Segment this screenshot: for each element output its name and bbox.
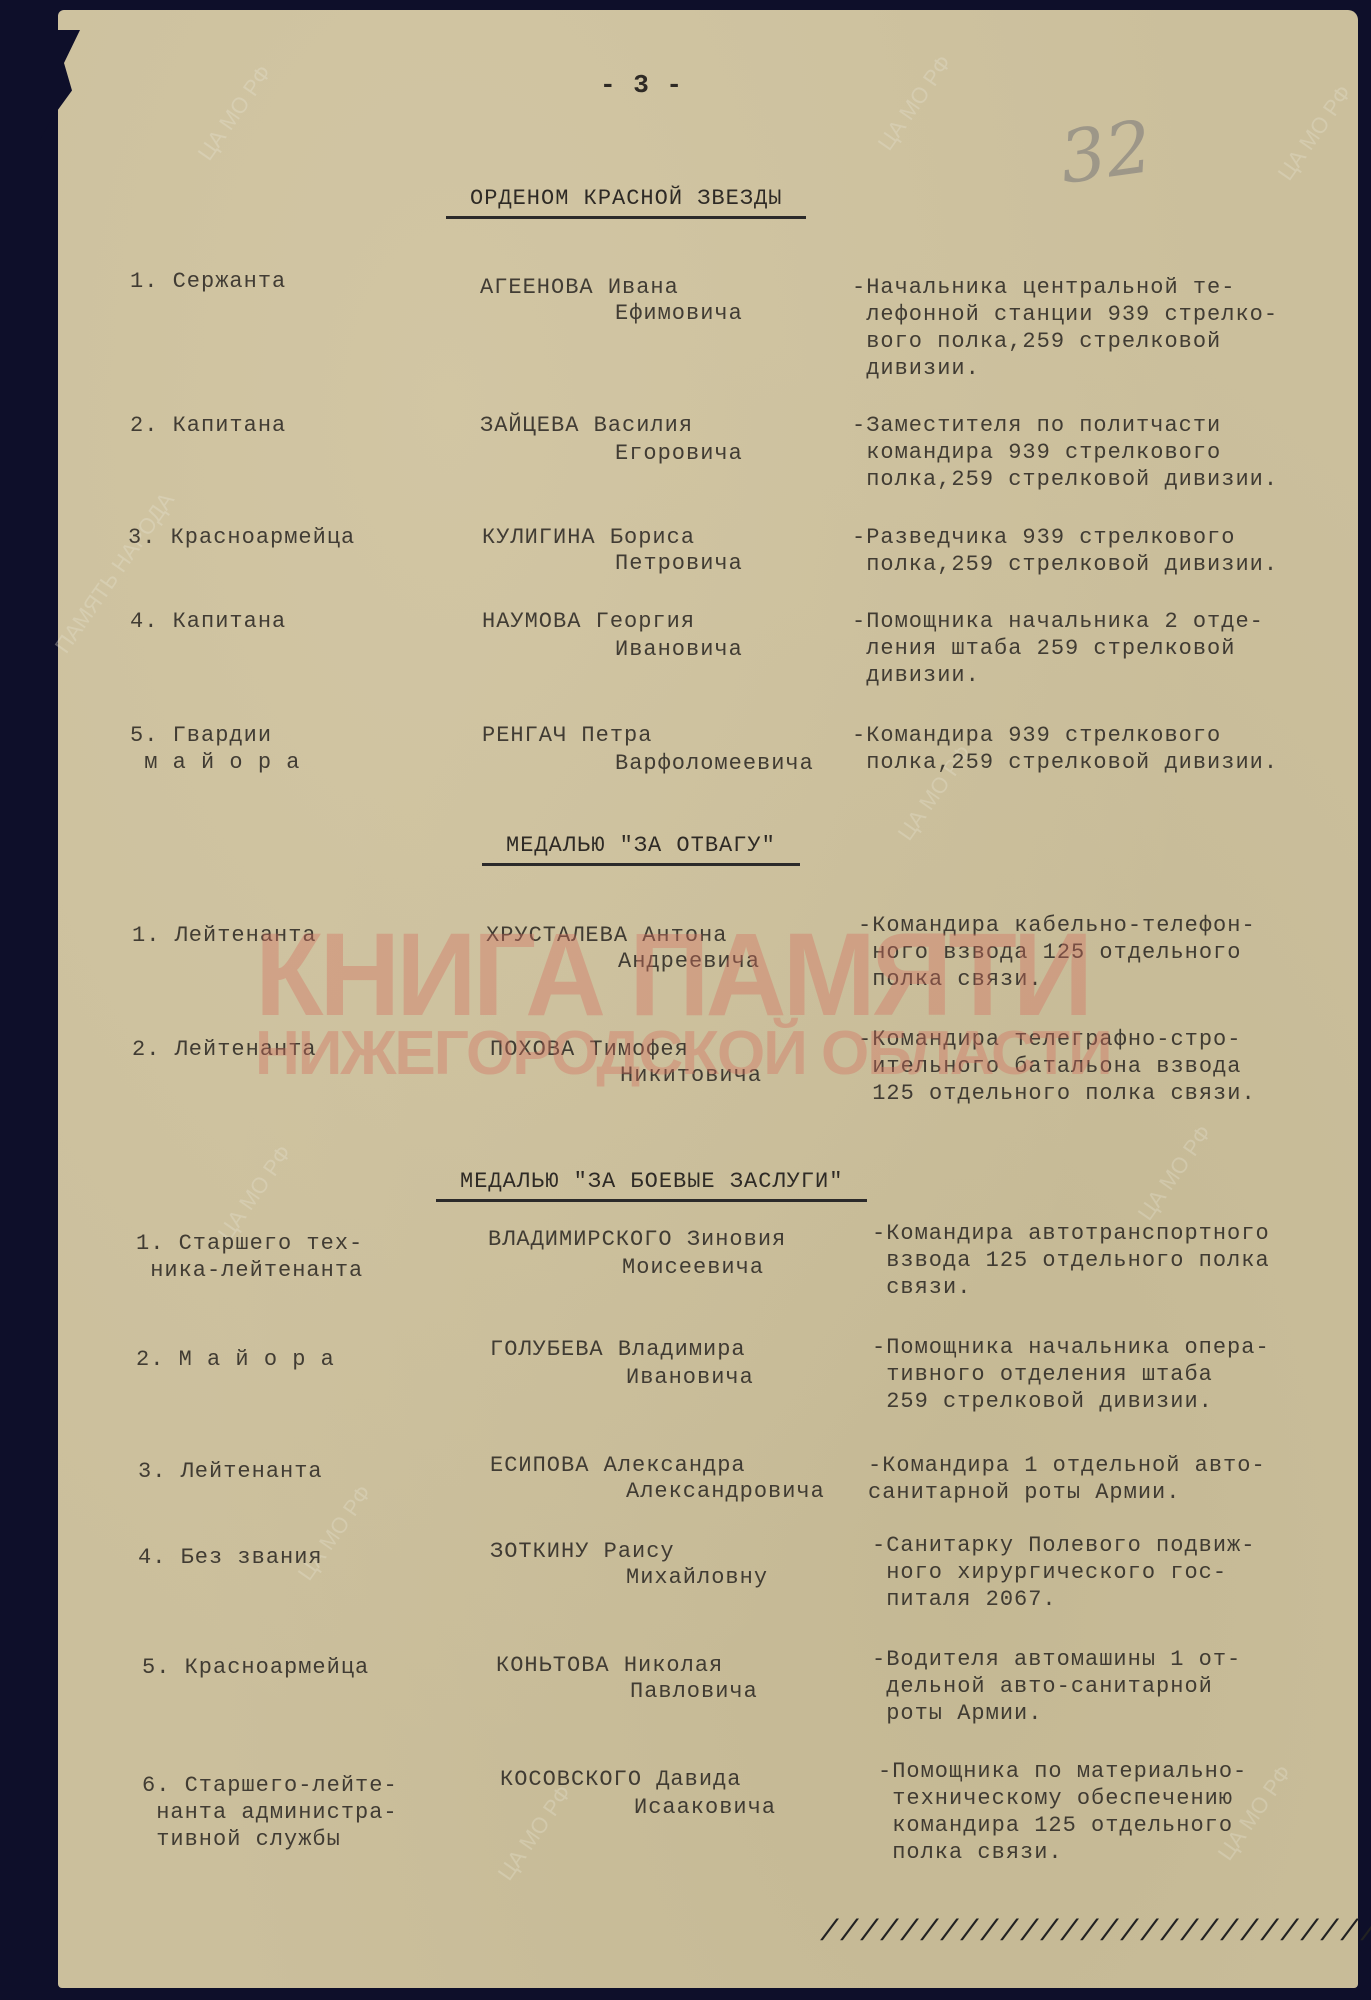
handwritten-mark: 32 bbox=[1055, 104, 1157, 200]
entry-patronymic: Егоровича bbox=[615, 440, 743, 467]
entry-rank: Капитана bbox=[173, 413, 287, 438]
entry-number: 6. bbox=[142, 1773, 170, 1798]
entry-patronymic: Исааковича bbox=[634, 1794, 776, 1821]
entry-surname: КОНЬТОВА Николая bbox=[496, 1652, 723, 1679]
entry-patronymic: Никитовича bbox=[620, 1062, 762, 1089]
entry-patronymic: Ивановича bbox=[626, 1364, 754, 1391]
entry-position: -Санитарку Полевого подвиж- ного хирурги… bbox=[872, 1532, 1255, 1613]
entry-patronymic: Андреевича bbox=[618, 948, 760, 975]
entry-position: -Командира 1 отдельной авто- санитарной … bbox=[868, 1452, 1266, 1506]
entry-patronymic: Александровича bbox=[626, 1478, 825, 1505]
entry-rank: М а й о р а bbox=[179, 1347, 335, 1372]
entry-surname: ГОЛУБЕВА Владимира bbox=[490, 1336, 746, 1363]
entry-position: -Помощника начальника опера- тивного отд… bbox=[872, 1334, 1270, 1415]
entry-surname: ПОХОВА Тимофея bbox=[490, 1036, 689, 1063]
entry-rank: Без звания bbox=[181, 1545, 323, 1570]
entry-surname: ЕСИПОВА Александра bbox=[490, 1452, 746, 1479]
entry-surname: АГЕЕНОВА Ивана bbox=[480, 274, 679, 301]
entry-rank: Лейтенанта bbox=[181, 1459, 323, 1484]
section-heading-bravery-medal: МЕДАЛЬЮ "ЗА ОТВАГУ" bbox=[482, 832, 800, 866]
entry-rank: Старшего тех- ника-лейтенанта bbox=[136, 1231, 363, 1283]
section-heading-combat-merit-medal: МЕДАЛЬЮ "ЗА БОЕВЫЕ ЗАСЛУГИ" bbox=[436, 1168, 867, 1202]
entry-patronymic: Павловича bbox=[630, 1678, 758, 1705]
entry-position: -Помощника по материально- техническому … bbox=[878, 1758, 1247, 1866]
entry-number: 4. bbox=[130, 609, 158, 634]
entry-rank: Сержанта bbox=[173, 269, 287, 294]
entry-number: 3. bbox=[138, 1459, 166, 1484]
entry-number: 2. bbox=[136, 1347, 164, 1372]
entry-rank: Красноармейца bbox=[185, 1655, 370, 1680]
entry-number: 5. bbox=[130, 723, 158, 748]
entry-number: 1. bbox=[130, 269, 158, 294]
entry-position: -Разведчика 939 стрелкового полка,259 ст… bbox=[852, 524, 1278, 578]
entry-number: 3. bbox=[128, 525, 156, 550]
entry-number: 5. bbox=[142, 1655, 170, 1680]
entry-patronymic: Петровича bbox=[615, 550, 743, 577]
page-number: - 3 - bbox=[600, 72, 683, 99]
entry-patronymic: Ивановича bbox=[615, 636, 743, 663]
entry-number: 2. bbox=[132, 1037, 160, 1062]
entry-number: 2. bbox=[130, 413, 158, 438]
entry-position: -Водителя автомашины 1 от- дельной авто-… bbox=[872, 1646, 1241, 1727]
entry-rank: Лейтенанта bbox=[175, 1037, 317, 1062]
entry-patronymic: Моисеевича bbox=[622, 1254, 764, 1281]
entry-rank: Красноармейца bbox=[171, 525, 356, 550]
entry-patronymic: Михайловну bbox=[626, 1564, 768, 1591]
end-of-list-mark: ////////////////////////////// bbox=[820, 1916, 1371, 1950]
entry-surname: ЗАЙЦЕВА Василия bbox=[480, 412, 693, 439]
entry-surname: НАУМОВА Георгия bbox=[482, 608, 695, 635]
entry-number: 1. bbox=[132, 923, 160, 948]
entry-position: -Командира 939 стрелкового полка,259 стр… bbox=[852, 722, 1278, 776]
entry-patronymic: Ефимовича bbox=[615, 300, 743, 327]
entry-position: -Начальника центральной те- лефонной ста… bbox=[852, 274, 1278, 382]
entry-surname: КУЛИГИНА Бориса bbox=[482, 524, 695, 551]
entry-number: 4. bbox=[138, 1545, 166, 1570]
entry-rank: Капитана bbox=[173, 609, 287, 634]
entry-surname: РЕНГАЧ Петра bbox=[482, 722, 652, 749]
entry-position: -Командира автотранспортного взвода 125 … bbox=[872, 1220, 1270, 1301]
entry-rank: Лейтенанта bbox=[175, 923, 317, 948]
entry-patronymic: Варфоломеевича bbox=[615, 750, 814, 777]
entry-surname: ВЛАДИМИРСКОГО Зиновия bbox=[488, 1226, 786, 1253]
entry-surname: ЗОТКИНУ Раису bbox=[490, 1538, 675, 1565]
entry-surname: КОСОВСКОГО Давида bbox=[500, 1766, 741, 1793]
section-heading-red-star: ОРДЕНОМ КРАСНОЙ ЗВЕЗДЫ bbox=[446, 185, 806, 219]
entry-position: -Командира кабельно-телефон- ного взвода… bbox=[858, 912, 1256, 993]
entry-position: -Заместителя по политчасти командира 939… bbox=[852, 412, 1278, 493]
entry-position: -Помощника начальника 2 отде- ления штаб… bbox=[852, 608, 1264, 689]
entry-surname: ХРУСТАЛЕВА Антона bbox=[486, 922, 727, 949]
entry-number: 1. bbox=[136, 1231, 164, 1256]
entry-rank: Старшего-лейте- нанта администра- тивной… bbox=[142, 1773, 398, 1852]
entry-position: -Командира телеграфно-стро- ительного ба… bbox=[858, 1026, 1256, 1107]
